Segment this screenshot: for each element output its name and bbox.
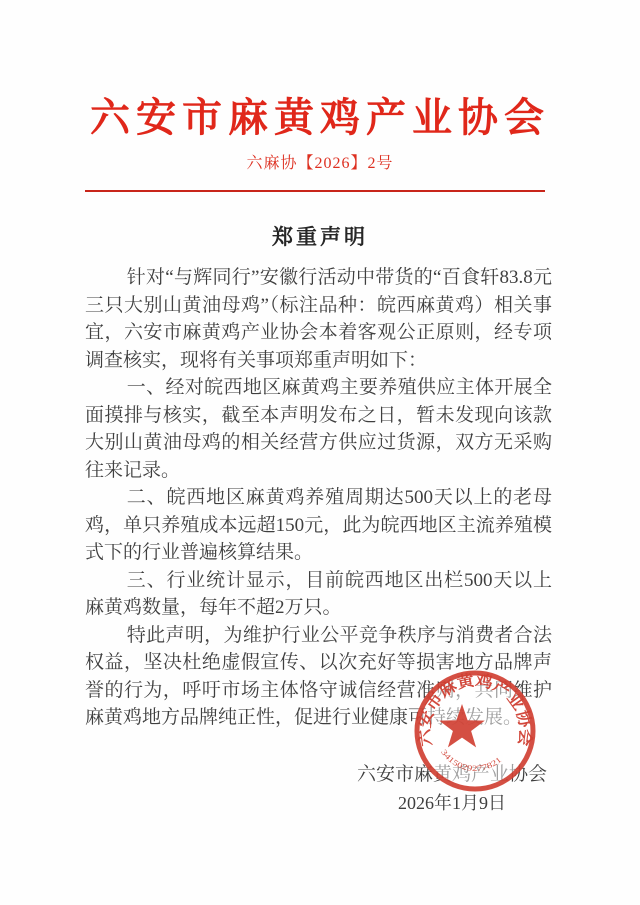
document-page: 六安市麻黄鸡产业协会 六麻协【2026】2号 郑重声明 针对“与辉同行”安徽行活… bbox=[0, 0, 640, 905]
paragraph-intro: 针对“与辉同行”安徽行活动中带货的“百食轩83.8元三只大别山黄油母鸡”（标注品… bbox=[85, 264, 552, 374]
statement-title: 郑重声明 bbox=[0, 221, 640, 251]
letterhead-divider bbox=[85, 190, 545, 192]
letterhead-org-name: 六安市麻黄鸡产业协会 bbox=[0, 86, 640, 143]
paragraph-item-3: 三、行业统计显示，目前皖西地区出栏500天以上麻黄鸡数量，每年不超2万只。 bbox=[85, 567, 552, 622]
paragraph-item-1: 一、经对皖西地区麻黄鸡主要养殖供应主体开展全面摸排与核实，截至本声明发布之日，暂… bbox=[85, 374, 552, 484]
doc-reference-number: 六麻协【2026】2号 bbox=[0, 150, 640, 173]
official-seal-stamp-icon: 六安市麻黄鸡产业协会 3415029277821 bbox=[404, 662, 549, 807]
paragraph-item-2: 二、皖西地区麻黄鸡养殖周期达500天以上的老母鸡，单只养殖成本远超150元，此为… bbox=[85, 484, 552, 567]
